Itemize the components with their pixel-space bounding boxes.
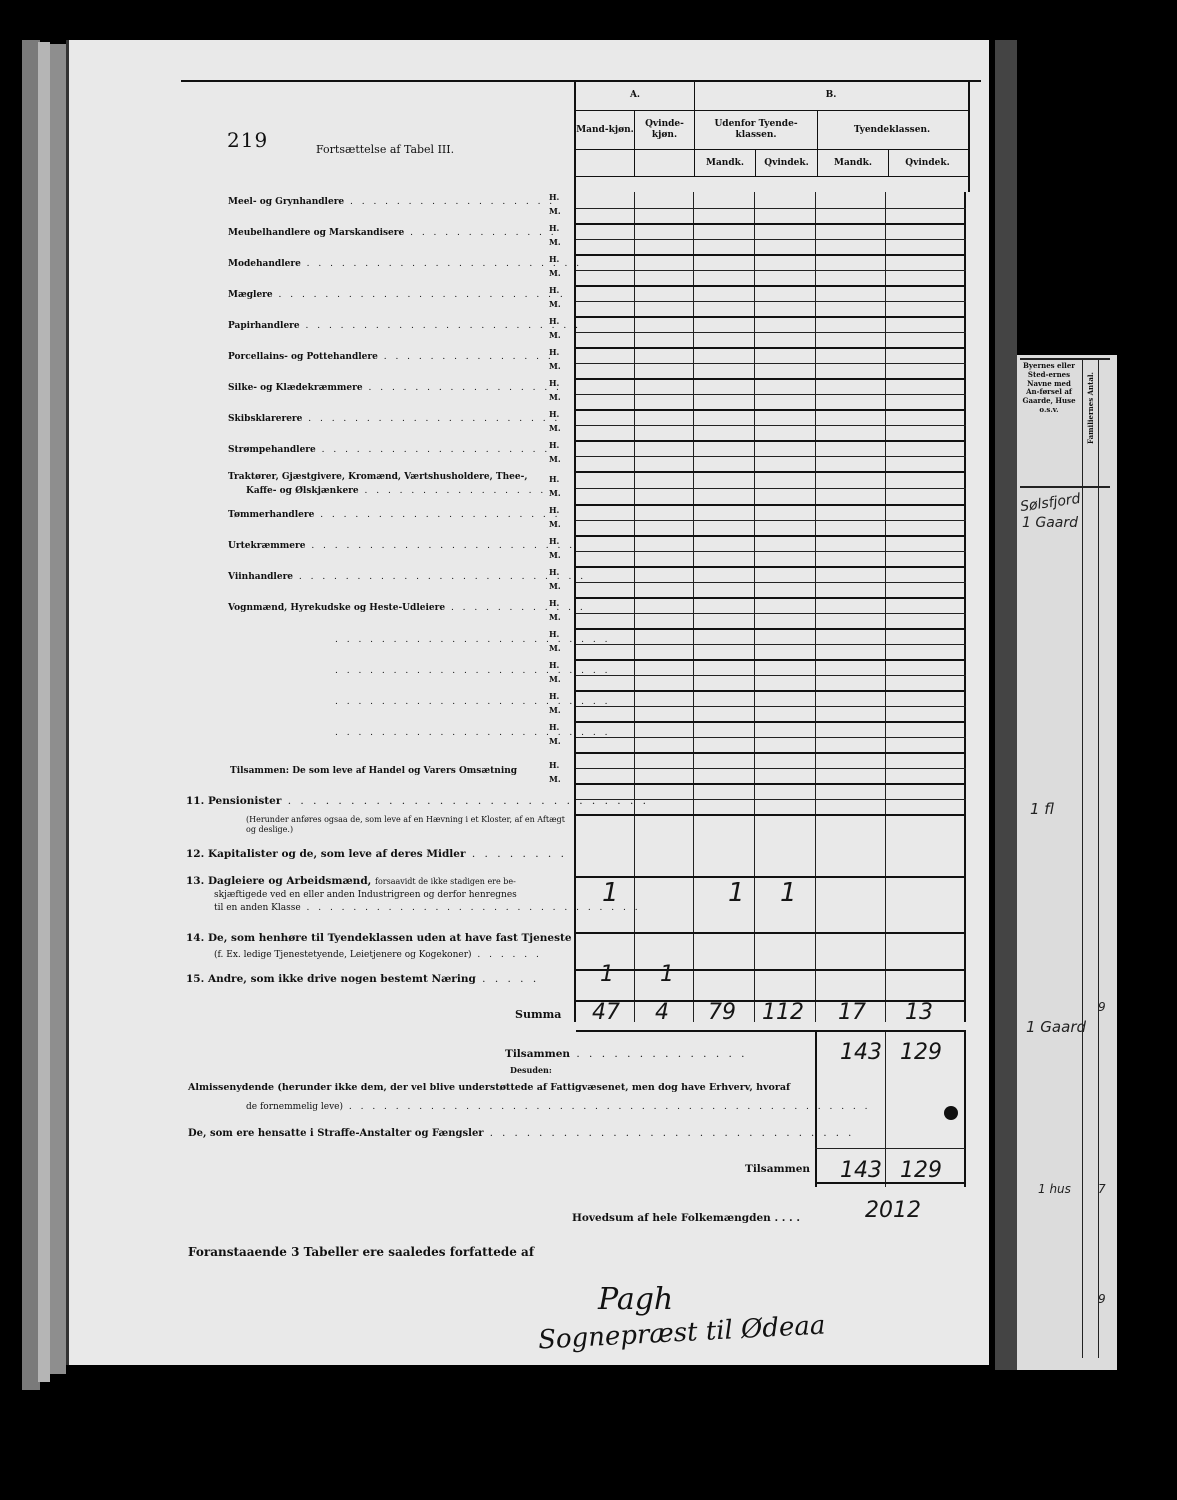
row-label: Mæglere . . . . . . . . . . . . . . . . …	[228, 290, 566, 300]
sub-mandk: Mandk.	[695, 150, 756, 176]
row-label: Meubelhandlere og Marskandisere . . . . …	[228, 228, 557, 238]
tilsammen2-label: Tilsammen	[745, 1163, 810, 1175]
tilsammen-trade-label: Tilsammen: De som leve af Handel og Vare…	[230, 766, 517, 776]
section-13: 13. Dagleiere og Arbeidsmænd, forsaavidt…	[186, 875, 516, 887]
value-row15-mandkjon: 1	[600, 962, 614, 987]
side-note: 7	[1098, 1182, 1106, 1196]
row-label: Meel- og Grynhandlere . . . . . . . . . …	[228, 197, 555, 207]
value-row13-mandkjon: 1	[602, 878, 619, 908]
book-edge	[38, 42, 50, 1382]
row-label: Urtekræmmere . . . . . . . . . . . . . .…	[228, 541, 575, 551]
section-12: 12. Kapitalister og de, som leve af dere…	[186, 848, 567, 860]
row-label: Strømpehandlere . . . . . . . . . . . . …	[228, 445, 550, 455]
hovedsum-value: 2012	[865, 1198, 921, 1223]
row-label: Vognmænd, Hyrekudske og Heste-Udleiere .…	[228, 603, 586, 613]
row-label-blank: . . . . . . . . . . . . . . . . . . . . …	[335, 697, 610, 707]
value-row15-qvindekjon: 1	[660, 962, 674, 987]
row-label: Silke- og Klædekræmmere . . . . . . . . …	[228, 383, 562, 393]
footer-statement: Foranstaaende 3 Tabeller ere saaledes fo…	[188, 1245, 534, 1259]
book-gutter	[995, 40, 1017, 1370]
row-label: Tømmerhandlere . . . . . . . . . . . . .…	[228, 510, 561, 520]
book-edge	[50, 44, 66, 1374]
row-label: Skibsklarerere . . . . . . . . . . . . .…	[228, 414, 560, 424]
table-grid	[576, 192, 966, 1022]
side-header: Byernes eller Sted-ernes Navne med An-fø…	[1020, 362, 1078, 415]
section-13-line2: skjæftigede ved en eller anden Industrig…	[214, 890, 517, 900]
section-13-line3: til en anden Klasse . . . . . . . . . . …	[214, 903, 641, 913]
value-row13-udenfor-mandk: 1	[728, 878, 745, 908]
summa-udenfor-mandk: 79	[708, 1000, 736, 1025]
signature-name: Pagh	[598, 1282, 673, 1317]
row-label-blank: . . . . . . . . . . . . . . . . . . . . …	[335, 728, 610, 738]
side-note: 9	[1098, 1292, 1106, 1306]
section-11: 11. Pensionister . . . . . . . . . . . .…	[186, 795, 649, 807]
straffe-label: De, som ere hensatte i Straffe-Anstalter…	[188, 1128, 854, 1139]
summa-tyende-qvindek: 13	[905, 1000, 933, 1025]
group-a: A.	[576, 80, 695, 110]
tilsammen-1-qvindek: 129	[900, 1040, 942, 1065]
group-b: B.	[695, 80, 967, 110]
side-rule	[1082, 358, 1083, 1358]
row-label-blank: . . . . . . . . . . . . . . . . . . . . …	[335, 635, 610, 645]
ink-blot	[944, 1106, 958, 1120]
row-label: Traktører, Gjæstgivere, Kromænd, Værtshu…	[228, 472, 527, 482]
table-header: A. B. Mand-kjøn. Qvinde-kjøn. Udenfor Ty…	[574, 80, 970, 192]
section-11-note: (Herunder anføres ogsaa de, som leve af …	[246, 815, 571, 836]
side-note: 1 Gaard	[1026, 1018, 1086, 1036]
tilsammen-2-mandk: 143	[840, 1158, 882, 1183]
col-mandkjon: Mand-kjøn.	[576, 111, 635, 149]
row-label: Papirhandlere . . . . . . . . . . . . . …	[228, 321, 581, 331]
sub-qvindek: Qvindek.	[889, 150, 966, 176]
section-14: 14. De, som henhøre til Tyendeklassen ud…	[186, 932, 572, 944]
summa-label: Summa	[515, 1008, 561, 1021]
continuation-title: Fortsættelse af Tabel III.	[316, 143, 454, 156]
summa-mandkjon: 47	[592, 1000, 620, 1025]
side-note: 1 hus	[1038, 1182, 1071, 1196]
summa-tyende-mandk: 17	[838, 1000, 866, 1025]
summa-udenfor-qvindek: 112	[762, 1000, 804, 1025]
side-note: 1 fl	[1030, 800, 1054, 818]
side-header-2: Familiernes Antal.	[1086, 372, 1095, 444]
sub-qvindek: Qvindek.	[756, 150, 818, 176]
section-15: 15. Andre, som ikke drive nogen bestemt …	[186, 973, 539, 985]
col-udenfor: Udenfor Tyende-klassen.	[695, 111, 818, 149]
desuden-label: Desuden:	[510, 1065, 552, 1075]
summa-qvindekjon: 4	[655, 1000, 669, 1025]
sub-mandk: Mandk.	[818, 150, 889, 176]
side-note: 1 Gaard	[1022, 515, 1078, 531]
row-label: Modehandlere . . . . . . . . . . . . . .…	[228, 259, 582, 269]
side-rule	[1020, 358, 1110, 360]
row-label: Viinhandlere . . . . . . . . . . . . . .…	[228, 572, 586, 582]
row-label: Porcellains- og Pottehandlere . . . . . …	[228, 352, 554, 362]
side-rule	[1020, 486, 1110, 488]
tilsammen-label: Tilsammen . . . . . . . . . . . . . .	[505, 1048, 748, 1060]
tilsammen-2-qvindek: 129	[900, 1158, 942, 1183]
col-qvindekjon: Qvinde-kjøn.	[635, 111, 695, 149]
tilsammen-1-mandk: 143	[840, 1040, 882, 1065]
hovedsum-label: Hovedsum af hele Folkemængden . . . .	[572, 1212, 800, 1224]
almisse-label-2: de fornemmelig leve) . . . . . . . . . .…	[246, 1102, 871, 1112]
section-14-line2: (f. Ex. ledige Tjenestetyende, Leietjene…	[214, 950, 542, 960]
page-number: 219	[227, 128, 268, 152]
row-label-blank: . . . . . . . . . . . . . . . . . . . . …	[335, 666, 610, 676]
side-note: 9	[1098, 1000, 1106, 1014]
col-tyende: Tyendeklassen.	[818, 111, 966, 149]
almisse-label: Almissenydende (herunder ikke dem, der v…	[188, 1082, 790, 1093]
side-rule	[1098, 358, 1099, 1358]
value-row13-udenfor-qvindek: 1	[780, 878, 797, 908]
row-label: Kaffe- og Ølskjænkere . . . . . . . . . …	[246, 486, 546, 496]
